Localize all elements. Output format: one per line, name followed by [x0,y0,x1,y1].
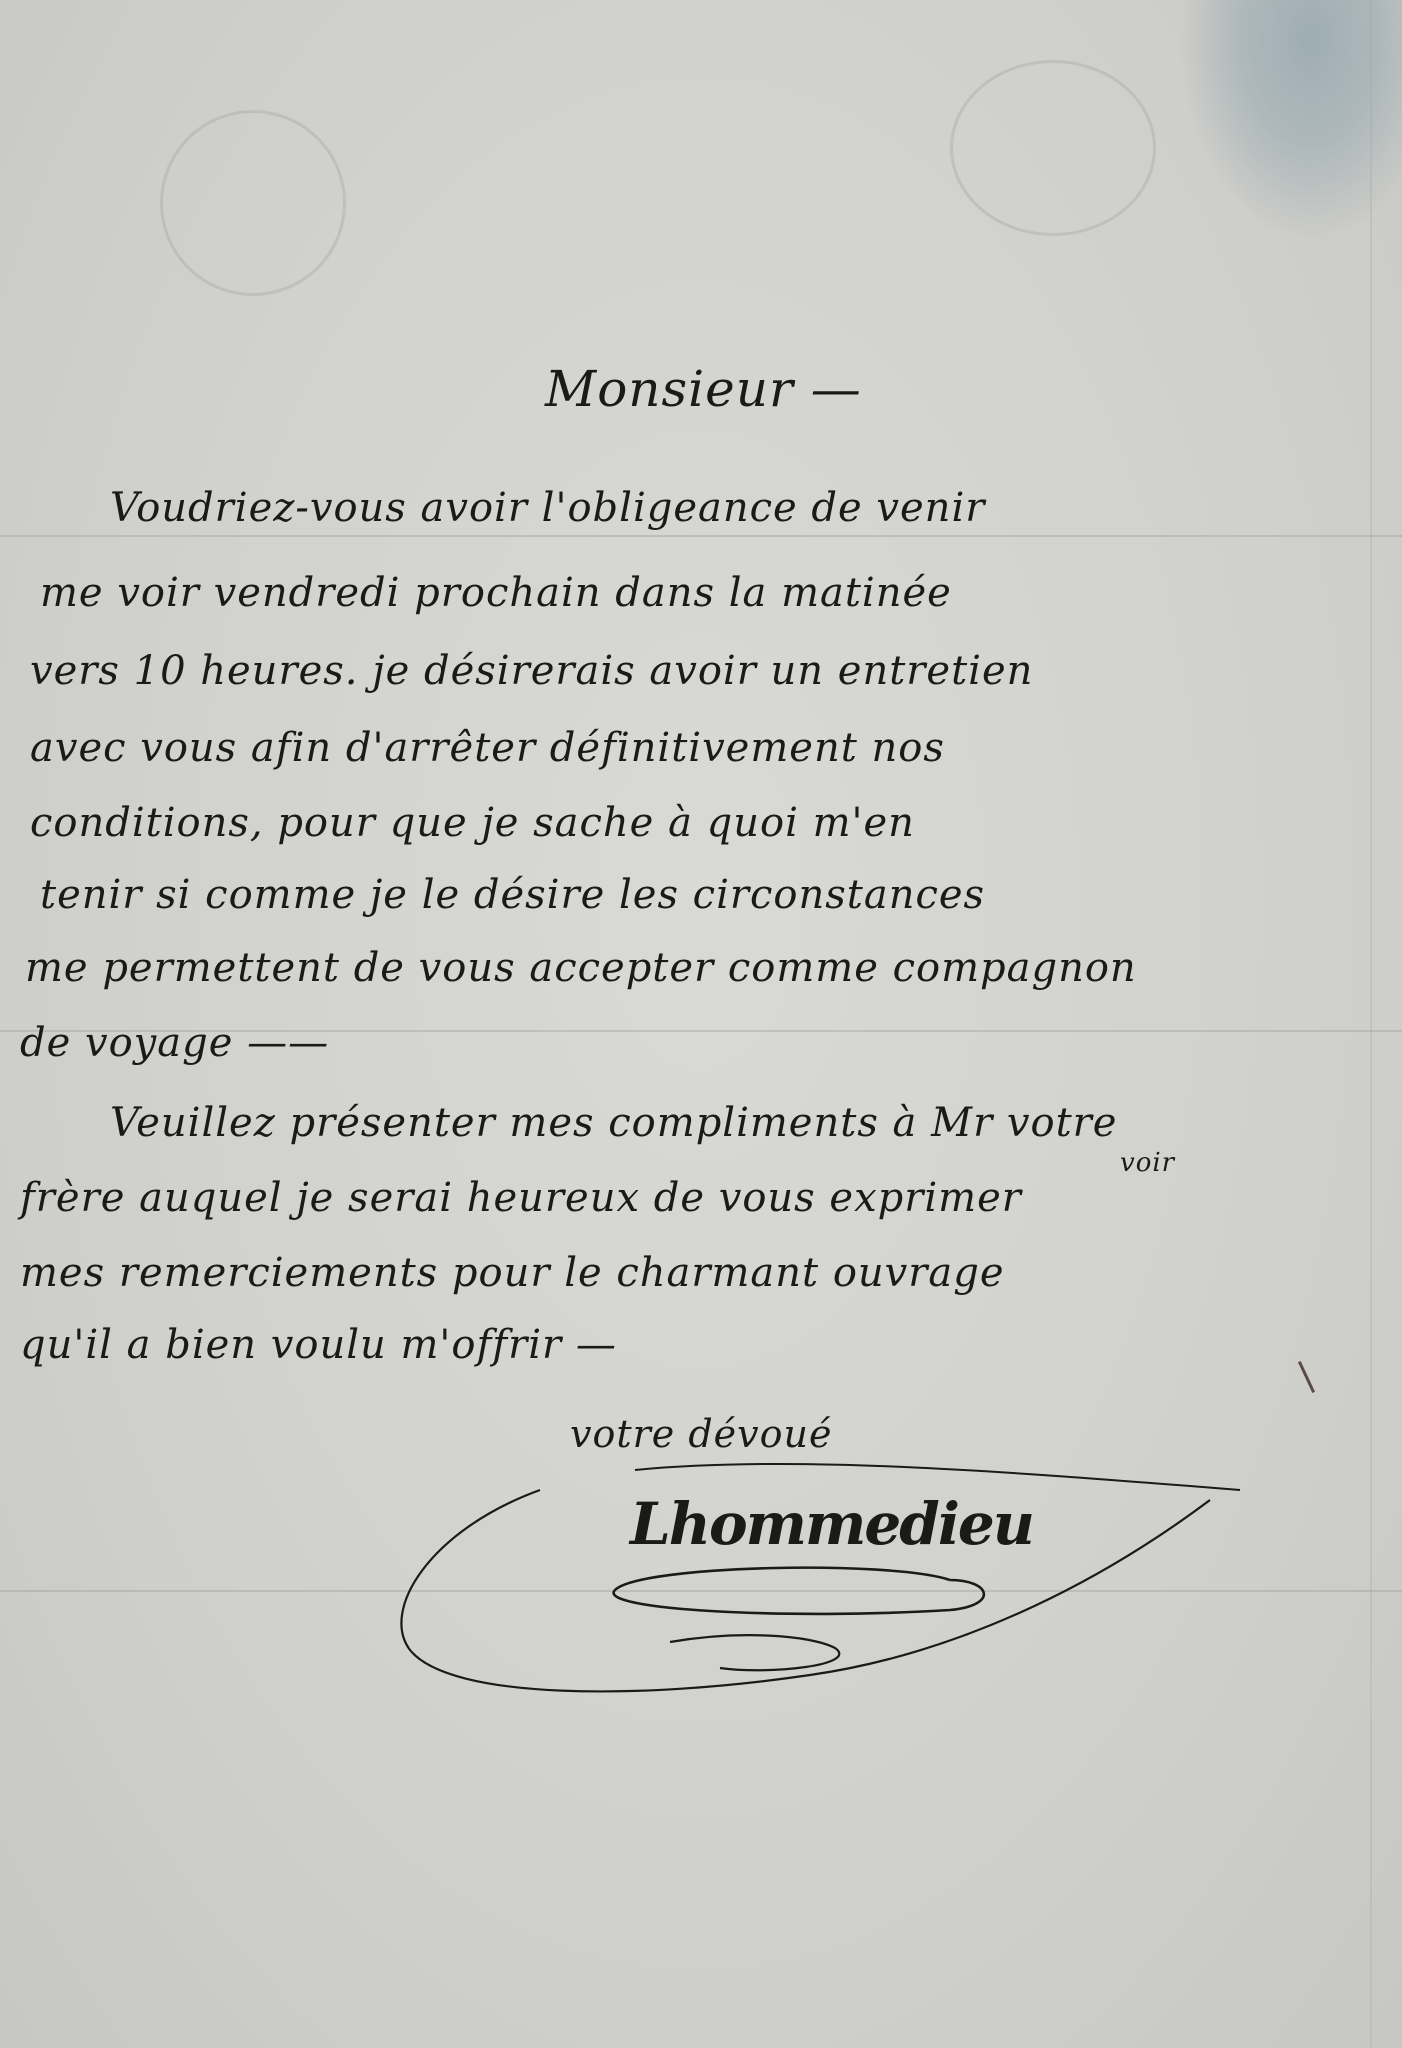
letter-page: Monsieur — Voudriez-vous avoir l'obligea… [0,0,1402,2048]
salutation: Monsieur — [545,360,862,418]
signature-flourish [390,1460,1290,1720]
letter-line: Veuillez présenter mes compliments à Mr … [110,1100,1117,1146]
interlinear-insertion: voir [1120,1148,1175,1178]
letter-line: frère auquel je serai heureux de vous ex… [20,1175,1022,1221]
letter-line: tenir si comme je le désire les circonst… [40,872,985,918]
ink-mark [1298,1361,1315,1393]
letter-line: de voyage —— [20,1020,329,1066]
letter-line: avec vous afin d'arrêter définitivement … [30,725,945,771]
letter-line: me permettent de vous accepter comme com… [25,945,1137,991]
letter-line: me voir vendredi prochain dans la matiné… [40,570,952,616]
faint-stamp-left [160,110,346,296]
closing: votre dévoué [570,1412,832,1456]
letter-line: vers 10 heures. je désirerais avoir un e… [30,648,1033,694]
letter-line: qu'il a bien voulu m'offrir — [20,1322,617,1368]
paper-fold [0,535,1402,537]
letter-line: conditions, pour que je sache à quoi m'e… [30,800,915,846]
letter-line: mes remerciements pour le charmant ouvra… [20,1250,1005,1296]
faint-stamp-right [950,60,1156,236]
paper-fold [1370,0,1372,2048]
letter-line: Voudriez-vous avoir l'obligeance de veni… [110,485,985,531]
